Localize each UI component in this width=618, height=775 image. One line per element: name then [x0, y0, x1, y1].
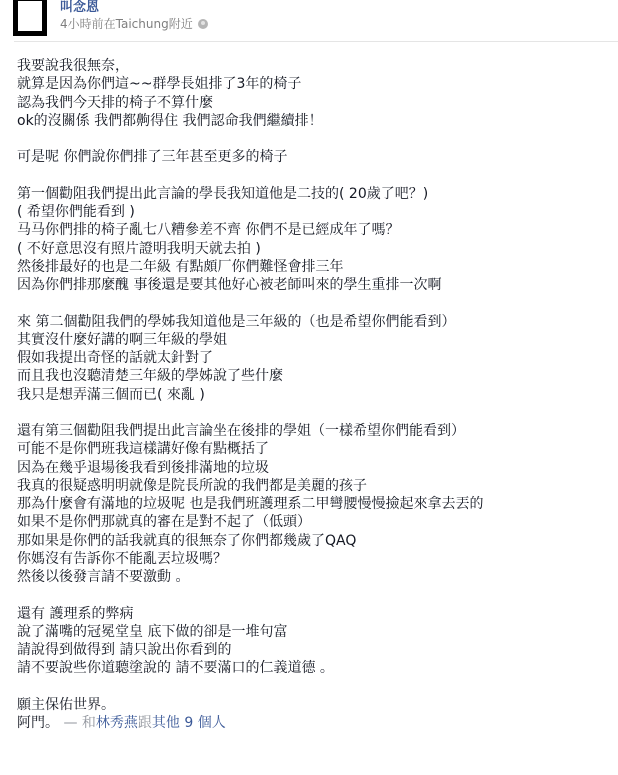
post-line: 我要說我很無奈，: [17, 57, 612, 75]
post-line: 請說得到做得到 請只說出你看到的: [17, 641, 612, 659]
post-line: [17, 167, 612, 185]
tagged-people: — 和林秀燕跟其他 9 個人: [59, 715, 226, 731]
post-line: 如果不是你們那就真的審在是對不起了（低頭）: [17, 513, 612, 531]
post-line: 其實沒什麼好講的啊三年級的學姐: [17, 331, 612, 349]
post-line: 說了滿嘴的冠冕堂皇 底下做的卻是一堆句富: [17, 623, 612, 641]
post-line: [17, 130, 612, 148]
post-time-location[interactable]: 4小時前在Taichung附近: [60, 17, 193, 31]
post-line: 可能不是你們班我這樣講好像有點概括了: [17, 440, 612, 458]
tagged-person-link[interactable]: 林秀燕: [96, 715, 138, 731]
post-line: 假如我提出奇怪的話就太針對了: [17, 349, 612, 367]
author-name-link[interactable]: 叫念恩: [60, 0, 99, 16]
tag-prefix: — 和: [59, 715, 96, 731]
post-line: 還有第三個勸阻我們提出此言論坐在後排的學姐（一樣希望你們能看到）: [17, 422, 612, 440]
post-line: [17, 586, 612, 604]
post-last-line: 阿門。 — 和林秀燕跟其他 9 個人: [17, 714, 612, 732]
post-line: ( 希望你們能看到 ): [17, 203, 612, 221]
post-line: 還有 護理系的弊病: [17, 605, 612, 623]
post-line: 那為什麼會有滿地的垃圾呢 也是我們班護理系二甲彎腰慢慢撿起來拿去丟的: [17, 495, 612, 513]
post-line: 可是呢 你們說你們排了三年甚至更多的椅子: [17, 148, 612, 166]
post-line: [17, 404, 612, 422]
post-line: 而且我也沒聽清楚三年級的學姊說了些什麼: [17, 367, 612, 385]
post-line: 我真的很疑惑明明就像是院長所說的我們都是美麗的孩子: [17, 477, 612, 495]
author-avatar[interactable]: [13, 0, 47, 36]
post-line: 然後以後發言請不要激動 。: [17, 568, 612, 586]
post-line: [17, 294, 612, 312]
globe-icon[interactable]: [198, 19, 208, 29]
post-line: 第一個勸阻我們提出此言論的學長我知道他是二技的( 20歲了吧？): [17, 185, 612, 203]
post-closing-text: 阿門。: [17, 715, 59, 731]
post-line: 我只是想弄滿三個而已( 來亂 ): [17, 386, 612, 404]
tag-joiner: 跟: [138, 715, 152, 731]
post-line: ( 不好意思沒有照片證明我明天就去拍 ): [17, 240, 612, 258]
post-line: 因為在幾乎退場後我看到後排滿地的垃圾: [17, 459, 612, 477]
post-line: ok的沒關係 我們都齁得住 我們認命我們繼續排！: [17, 112, 612, 130]
post-line: 马马你們排的椅子亂七八糟參差不齊 你們不是已經成年了嗎？: [17, 221, 612, 239]
post-line: 願主保佑世界。: [17, 696, 612, 714]
post-line: 因為你們排那麼醜 事後還是要其他好心被老師叫來的學生重排一次啊: [17, 276, 612, 294]
header-divider: [14, 41, 618, 42]
post-line: 來 第二個勸阻我們的學姊我知道他是三年級的（也是希望你們能看到）: [17, 313, 612, 331]
post-line: 你媽沒有告訴你不能亂丟垃圾嗎？: [17, 550, 612, 568]
post-line: 那如果是你們的話我就真的很無奈了你們都幾歲了QAQ: [17, 532, 612, 550]
post-line: 認為我們今天排的椅子不算什麼: [17, 94, 612, 112]
post-line: 就算是因為你們這~~群學長姐排了3年的椅子: [17, 75, 612, 93]
tagged-others-link[interactable]: 其他 9 個人: [152, 715, 226, 731]
post-body: 我要說我很無奈，就算是因為你們這~~群學長姐排了3年的椅子認為我們今天排的椅子不…: [17, 57, 612, 732]
post-line: 請不要說些你道聽塗說的 請不要滿口的仁義道德 。: [17, 659, 612, 677]
post-line: 然後排最好的也是二年級 有點頗厂你們難怪會排三年: [17, 258, 612, 276]
post-line: [17, 678, 612, 696]
post-lines: 我要說我很無奈，就算是因為你們這~~群學長姐排了3年的椅子認為我們今天排的椅子不…: [17, 57, 612, 714]
post-meta: 4小時前在Taichung附近: [60, 16, 208, 32]
